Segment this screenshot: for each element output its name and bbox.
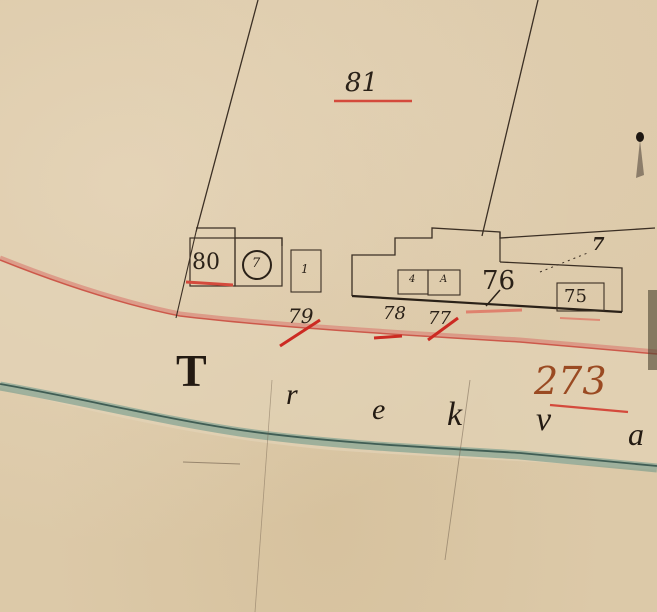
street-letter-k: k [447, 398, 462, 432]
street-letter-e: e [372, 395, 385, 425]
parcel-4-label: 4 [409, 275, 415, 285]
parcel-75-label: 75 [564, 288, 587, 306]
parcel-a-label: A [440, 275, 447, 285]
street-letter-a: a [628, 418, 644, 450]
parcel-78-label: 78 [383, 305, 406, 323]
parcel-81-label: 81 [345, 70, 378, 96]
street-letter-v: v [536, 403, 551, 437]
street-letter-r: r [286, 380, 298, 410]
parcel-1-label: 1 [301, 263, 309, 275]
parcel-79-label: 79 [288, 306, 313, 326]
road-parcel-273-label: 273 [534, 362, 607, 400]
parcel-7-label: 7 [592, 236, 605, 254]
cadastral-map: 81 80 7 1 4 A 76 75 7 79 78 77 T r e k v… [0, 0, 657, 612]
map-linework [0, 0, 657, 612]
street-letter-t: T [176, 348, 207, 394]
circle-number: 7 [252, 257, 260, 270]
parcel-77-label: 77 [428, 310, 451, 328]
parcel-80-label: 80 [192, 252, 220, 274]
parcel-76-label: 76 [482, 268, 515, 294]
